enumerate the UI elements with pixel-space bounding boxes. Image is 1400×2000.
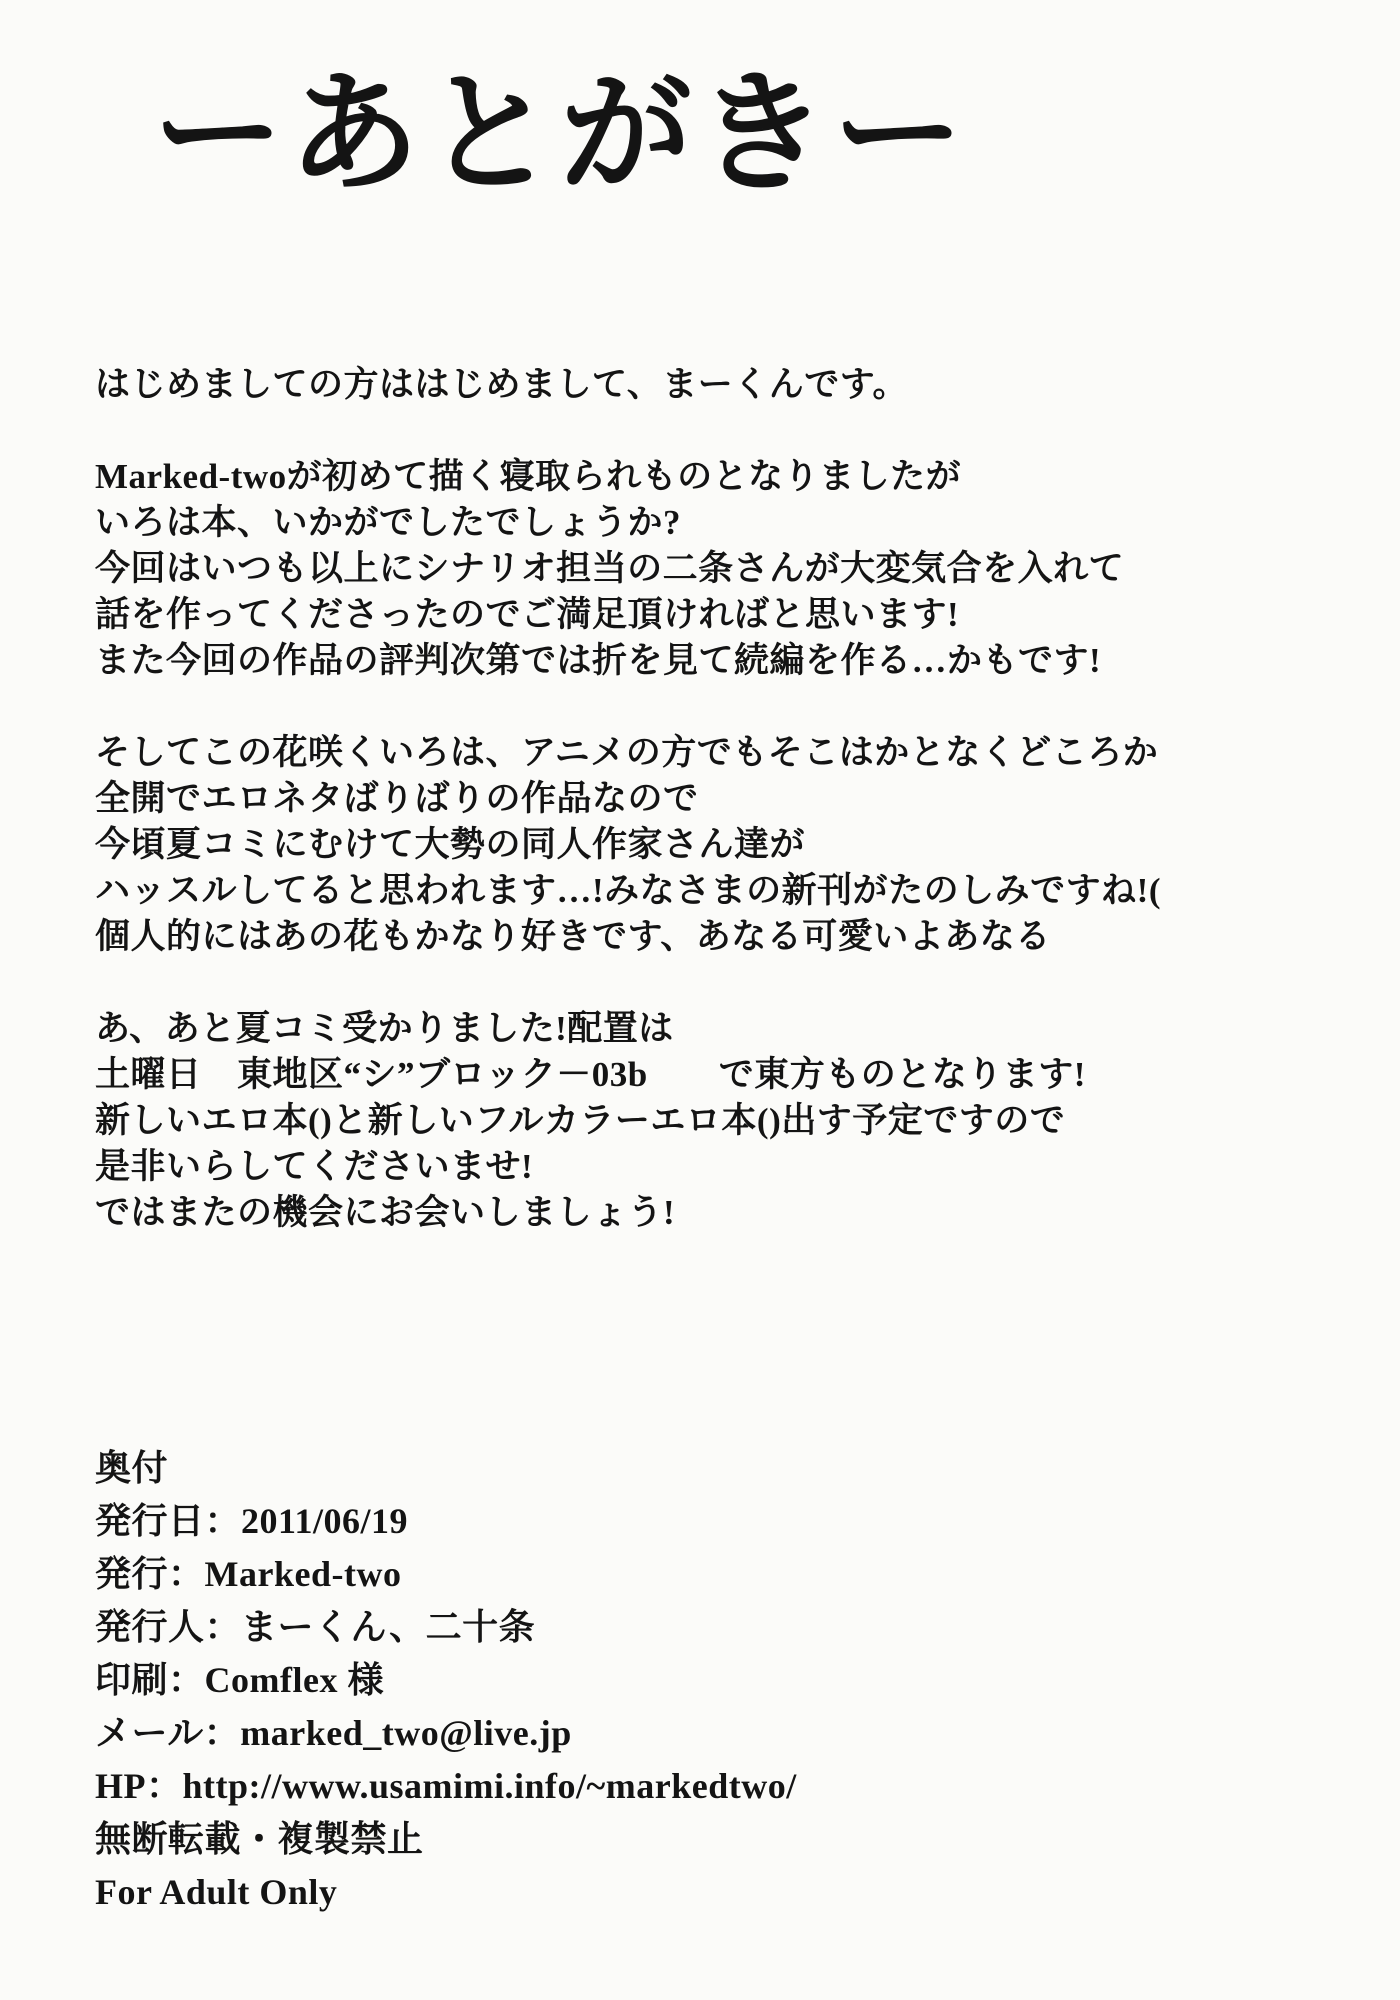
paragraph: あ、あと夏コミ受かりました!配置は土曜日 東地区“シ”ブロック－03b で東方も…	[95, 1006, 1305, 1236]
colophon-line: 印刷：Comflex 様	[95, 1654, 1305, 1707]
text-line: いろは本、いかがでしたでしょうか?	[95, 500, 1305, 546]
colophon-line: 無断転載・複製禁止	[95, 1813, 1305, 1866]
paragraph: はじめましての方ははじめまして、まーくんです。	[95, 362, 1305, 408]
text-line: また今回の作品の評判次第では折を見て続編を作る…かもです!	[95, 638, 1305, 684]
text-line: 新しいエロ本()と新しいフルカラーエロ本()出す予定ですので	[95, 1098, 1305, 1144]
page-title: ーあとがきー	[0, 52, 1120, 217]
text-line: 今頃夏コミにむけて大勢の同人作家さん達が	[95, 822, 1305, 868]
colophon-line: 発行：Marked-two	[95, 1548, 1305, 1601]
colophon-line: 発行人：まーくん、二十条	[95, 1601, 1305, 1654]
text-line: ではまたの機会にお会いしましょう!	[95, 1190, 1305, 1236]
text-line: ハッスルしてると思われます…!みなさまの新刊がたのしみですね!(	[95, 868, 1305, 914]
colophon-heading: 奥付	[95, 1442, 1305, 1495]
text-line: 話を作ってくださったのでご満足頂ければと思います!	[95, 592, 1305, 638]
text-line: あ、あと夏コミ受かりました!配置は	[95, 1006, 1305, 1052]
text-line: 是非いらしてくださいませ!	[95, 1144, 1305, 1190]
text-line: 全開でエロネタばりばりの作品なので	[95, 776, 1305, 822]
paragraph: Marked-twoが初めて描く寝取られものとなりましたがいろは本、いかがでした…	[95, 454, 1305, 684]
colophon-line: 発行日：2011/06/19	[95, 1495, 1305, 1548]
text-line: そしてこの花咲くいろは、アニメの方でもそこはかとなくどころか	[95, 730, 1305, 776]
text-line: 土曜日 東地区“シ”ブロック－03b で東方ものとなります!	[95, 1052, 1305, 1098]
text-line: はじめましての方ははじめまして、まーくんです。	[95, 362, 1305, 408]
colophon-line: HP：http://www.usamimi.info/~markedtwo/	[95, 1760, 1305, 1813]
afterword-body: はじめましての方ははじめまして、まーくんです。Marked-twoが初めて描く寝…	[95, 362, 1305, 1282]
text-line: 今回はいつも以上にシナリオ担当の二条さんが大変気合を入れて	[95, 546, 1305, 592]
colophon-line: メール：marked_two@live.jp	[95, 1707, 1305, 1760]
text-line: 個人的にはあの花もかなり好きです、あなる可愛いよあなる	[95, 914, 1305, 960]
text-line: Marked-twoが初めて描く寝取られものとなりましたが	[95, 454, 1305, 500]
paragraph: そしてこの花咲くいろは、アニメの方でもそこはかとなくどころか全開でエロネタばりば…	[95, 730, 1305, 960]
colophon-line: For Adult Only	[95, 1866, 1305, 1919]
colophon: 奥付 発行日：2011/06/19発行：Marked-two発行人：まーくん、二…	[95, 1442, 1305, 1919]
afterword-page: ーあとがきー はじめましての方ははじめまして、まーくんです。Marked-two…	[0, 0, 1400, 2000]
